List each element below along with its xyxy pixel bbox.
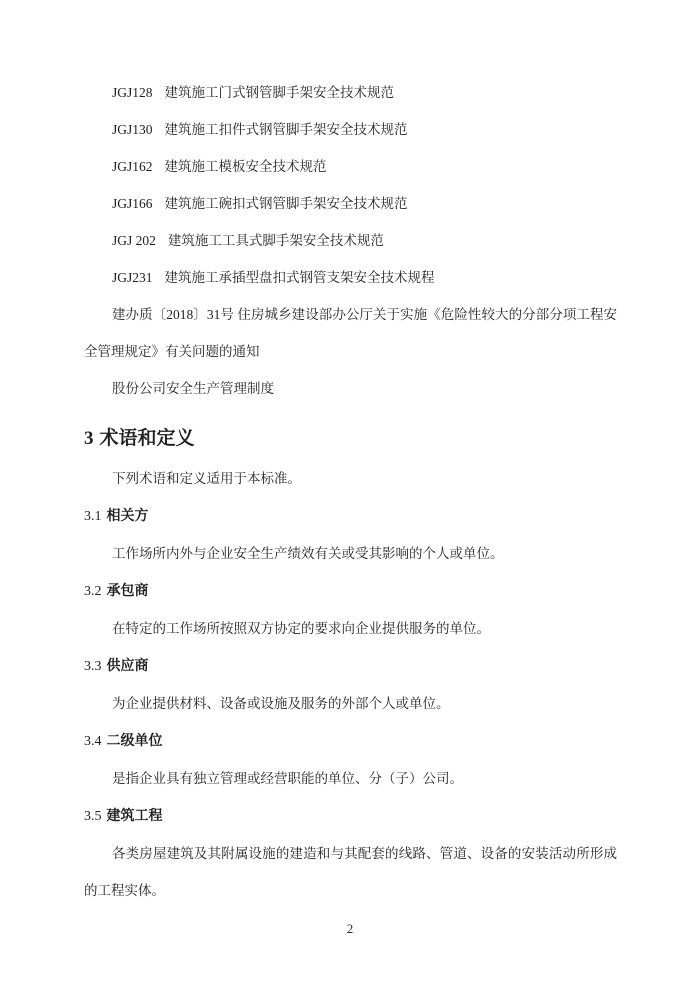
reference-title: 建筑施工碗扣式钢管脚手架安全技术规范 xyxy=(165,196,408,211)
term-label: 相关方 xyxy=(107,507,149,523)
term-definition: 是指企业具有独立管理或经营职能的单位、分（子）公司。 xyxy=(84,760,617,797)
reference-item: JGJ130建筑施工扣件式钢管脚手架安全技术规范 xyxy=(84,111,617,148)
term-number: 3.4 xyxy=(84,734,102,749)
reference-item: JGJ 202建筑施工工具式脚手架安全技术规范 xyxy=(84,222,617,259)
term-definition: 为企业提供材料、设备或设施及服务的外部个人或单位。 xyxy=(84,685,617,722)
term-number: 3.3 xyxy=(84,659,102,674)
term-heading: 3.4二级单位 xyxy=(84,722,617,760)
term-label: 二级单位 xyxy=(107,732,163,748)
reference-code: JGJ166 xyxy=(112,196,153,211)
reference-title: 建筑施工工具式脚手架安全技术规范 xyxy=(168,233,384,248)
notice-paragraph: 建办质〔2018〕31号 住房城乡建设部办公厅关于实施《危险性较大的分部分项工程… xyxy=(84,296,617,370)
reference-title: 建筑施工扣件式钢管脚手架安全技术规范 xyxy=(165,122,408,137)
reference-title: 建筑施工门式钢管脚手架安全技术规范 xyxy=(165,85,395,100)
reference-item: JGJ162建筑施工模板安全技术规范 xyxy=(84,148,617,185)
reference-code: JGJ162 xyxy=(112,159,153,174)
term-definition: 工作场所内外与企业安全生产绩效有关或受其影响的个人或单位。 xyxy=(84,535,617,572)
reference-item: JGJ231建筑施工承插型盘扣式钢管支架安全技术规程 xyxy=(84,259,617,296)
reference-title: 建筑施工模板安全技术规范 xyxy=(165,159,327,174)
term-number: 3.5 xyxy=(84,809,102,824)
section-intro: 下列术语和定义适用于本标准。 xyxy=(84,460,617,497)
reference-code: JGJ128 xyxy=(112,85,153,100)
document-page: JGJ128建筑施工门式钢管脚手架安全技术规范 JGJ130建筑施工扣件式钢管脚… xyxy=(0,0,700,990)
term-heading: 3.5建筑工程 xyxy=(84,797,617,835)
section-title: 术语和定义 xyxy=(100,428,195,449)
reference-code: JGJ 202 xyxy=(112,233,156,248)
reference-title: 建筑施工承插型盘扣式钢管支架安全技术规程 xyxy=(165,270,435,285)
section-number: 3 xyxy=(84,428,94,449)
term-number: 3.2 xyxy=(84,584,102,599)
term-label: 承包商 xyxy=(107,582,149,598)
reference-item: JGJ166建筑施工碗扣式钢管脚手架安全技术规范 xyxy=(84,185,617,222)
term-definition: 在特定的工作场所按照双方协定的要求向企业提供服务的单位。 xyxy=(84,610,617,647)
term-label: 建筑工程 xyxy=(107,807,163,823)
term-label: 供应商 xyxy=(107,657,149,673)
term-definition: 各类房屋建筑及其附属设施的建造和与其配套的线路、管道、设备的安装活动所形成的工程… xyxy=(84,835,617,909)
reference-code: JGJ130 xyxy=(112,122,153,137)
term-heading: 3.1相关方 xyxy=(84,497,617,535)
page-number: 2 xyxy=(0,919,700,939)
section-heading: 3术语和定义 xyxy=(84,426,617,452)
term-heading: 3.2承包商 xyxy=(84,572,617,610)
term-heading: 3.3供应商 xyxy=(84,647,617,685)
company-rule-paragraph: 股份公司安全生产管理制度 xyxy=(84,370,617,407)
reference-item: JGJ128建筑施工门式钢管脚手架安全技术规范 xyxy=(84,74,617,111)
reference-code: JGJ231 xyxy=(112,270,153,285)
term-number: 3.1 xyxy=(84,509,102,524)
